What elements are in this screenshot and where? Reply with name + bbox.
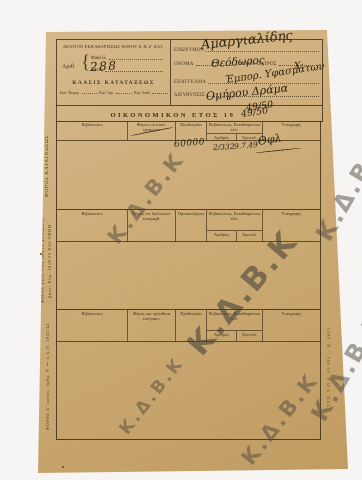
dotted-line [116, 90, 132, 94]
scanned-tax-form-photo: ΔΕΛΤΙΟΝ ΕΚΚΑΘΑΡΙΣΕΩΣ ΦΟΡΟΥ Δ' & Ζ' ΚΑΤ. … [0, 0, 362, 480]
margin-label-category-d-tax: ΦΟΡΟΣ Δ' κατηγ. άρθρ. 8 § 5 Α.Ν. 1843/42 [45, 315, 50, 437]
surname-label: ΕΠΩΝΥΜΟΝ [174, 48, 204, 53]
tax-section-3: ΒεβαιώσειςΦόρος και πρόσθετα εισπρακτ.Πρ… [57, 309, 320, 440]
margin-label-profession-tax: ΦΟΡΟΣ ΕΠΙΤ/ΤΟΣ (ΚΑΤΑ ΔΗΛΩΣΙΝ) [41, 213, 45, 307]
col-header-certifications: Βεβαιώσεις [57, 210, 128, 242]
brace-glyph: { [81, 52, 90, 74]
handwritten-file-number: 288 [90, 59, 118, 74]
col-header-signature: Υπογραφή [263, 210, 319, 242]
fiscal-year-banner: ΟΙΚΟΝΟΜΙΚΟΝ ΕΤΟΣ 19 49/50 [56, 104, 323, 122]
kat-diath-label: Κατ' διαθ. [134, 90, 151, 95]
col-header-tax: Φόρος και πρόσθετα εισπρακτ. [128, 310, 176, 342]
dotted-line [82, 90, 98, 94]
address-label: ΔΙΕΥΘΥΝΣΙΣ [174, 93, 205, 98]
margin-label-classification-tax: ΦΟΡΟΣ ΚΑΤΑΤΑΞΕΩΣ [45, 125, 50, 207]
handwritten-case-number: 2/332 [213, 142, 235, 152]
surname-field: ΕΠΩΝΥΜΟΝ [174, 48, 319, 53]
col-header-assessment: Βεβαιώσεως, Εκκαθαρίσεως κλπ. [207, 121, 263, 133]
col-header-assessment: Βεβαιώσεως, Εκκαθαρίσεως κλπ. [207, 210, 263, 230]
col-header-deadlines: Προσαυξήσεις [176, 210, 207, 242]
dotted-line [152, 90, 168, 94]
header-divider [170, 40, 171, 105]
profession-label: ΕΠΑΓΓΕΛΜΑ [174, 80, 206, 85]
col-subheader-number: Αριθμός [207, 133, 237, 141]
col-subheader-number: Αριθμός [207, 330, 237, 342]
col-header-tax: Φόρος επί δηλώσεων εισπραχθ. [128, 210, 176, 242]
col-subheader-date: Χρονολ. [237, 330, 263, 342]
col-subheader-date: Χρονολ. [237, 230, 263, 242]
col-header-certifications: Βεβαιώσεις [57, 121, 128, 141]
col-header-assessment: Βεβαιώσεως, Εκκαθαρίσεως κλπ. [207, 310, 263, 330]
kat-perif-label: Κατ' Περιφ. [60, 90, 80, 95]
fiscal-year-label: ΟΙΚΟΝΟΜΙΚΟΝ ΕΤΟΣ 19 [110, 112, 235, 119]
tax-section-2: ΒεβαιώσειςΦόρος επί δηλώσεων εισπραχθ.Πρ… [57, 209, 320, 309]
form-title: ΔΕΛΤΙΟΝ ΕΚΚΑΘΑΡΙΣΕΩΣ ΦΟΡΟΥ Δ' & Ζ' ΚΑΤ. [57, 44, 170, 49]
col-header-deadlines: Προθεσμίαι [176, 310, 207, 342]
paper-speck [40, 253, 42, 255]
paper-speck [62, 466, 64, 468]
name-label: ΟΝΟΜΑ [174, 62, 194, 67]
form-paper: ΔΕΛΤΙΟΝ ΕΚΚΑΘΑΡΙΣΕΩΣ ΦΟΡΟΥ Δ' & Ζ' ΚΑΤ. … [37, 27, 349, 474]
dotted-line [206, 51, 319, 52]
margin-label-profession-tax-law: βάσει Νόμ. 1848-50 ΚΑΙ ΤΜΗΜ. [48, 213, 52, 307]
tax-table: ΒεβαιώσειςΦόρος επί κύκλ. εργασιώνΠροθεσ… [56, 121, 321, 440]
col-header-certifications: Βεβαιώσεις [57, 310, 128, 342]
dotted-line [109, 59, 163, 60]
number-label: Αριθ. [62, 64, 75, 70]
col-header-signature: Υπογραφή [263, 310, 319, 342]
printer-imprint: ΤΥΠ. Σ.Ο.Λ. 25.000 — Κ. 2613 [326, 299, 331, 435]
class-fields-line: Κατ' Περιφ. Κατ' όγκ. Κατ' διαθ. [60, 90, 168, 95]
kat-ogk-label: Κατ' όγκ. [99, 90, 114, 95]
col-subheader-number: Αριθμός [207, 230, 237, 242]
class-label: ΚΛΑΣΙΣ ΚΑΤΑΤΑΞΕΩΣ [57, 80, 170, 86]
